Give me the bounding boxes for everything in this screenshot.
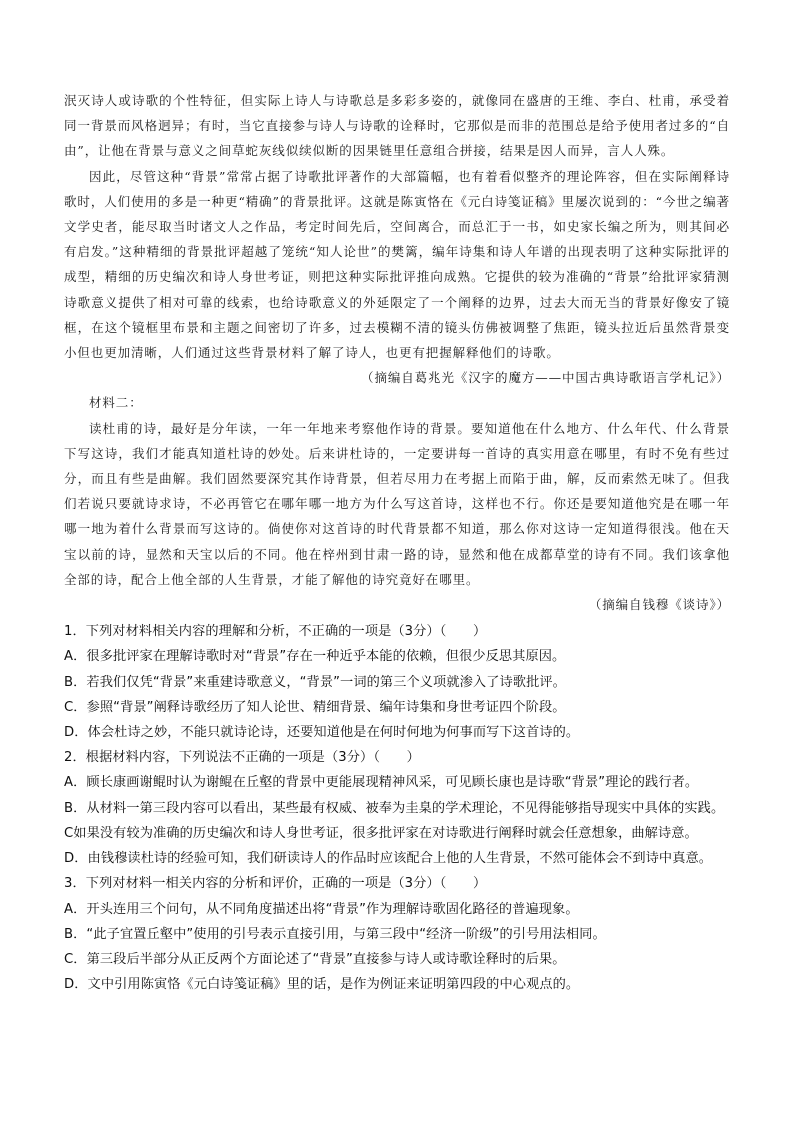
option-b: B．“此子宜置丘壑中”使用的引号表示直接引用，与第三段中“经济一阶级”的引号用法… <box>64 922 730 947</box>
option-d: D．文中引用陈寅恪《元白诗笺证稿》里的话，是作为例证来证明第四段的中心观点的。 <box>64 972 730 997</box>
material-two-paragraph: 读杜甫的诗，最好是分年读，一年一年地来考察他作诗的背景。要知道他在什么地方、什么… <box>64 416 730 592</box>
option-c: C．参照“背景”阐释诗歌经历了知人论世、精细背景、编年诗集和身世考证四个阶段。 <box>64 695 730 720</box>
option-b: B．若我们仅凭“背景”来重建诗歌意义，“背景”一词的第三个义项就渗入了诗歌批评。 <box>64 670 730 695</box>
material-one-paragraph-four: 因此，尽管这种“背景”常常占据了诗歌批评著作的大部篇幅，也有着看似整齐的理论阵容… <box>64 164 730 366</box>
option-a: A．开头连用三个问句，从不同角度描述出将“背景”作为理解诗歌固化路径的普遍现象。 <box>64 897 730 922</box>
question-3: 3．下列对材料一相关内容的分析和评价，正确的一项是（3分）（ ） A．开头连用三… <box>64 871 730 997</box>
material-two-heading: 材料二： <box>64 390 730 415</box>
option-a: A．顾长康画谢鲲时认为谢鲲在丘壑的背景中更能展现精神风采，可见顾长康也是诗歌“背… <box>64 770 774 795</box>
question-stem: 3．下列对材料一相关内容的分析和评价，正确的一项是（3分）（ ） <box>64 871 730 896</box>
option-c: C．第三段后半部分从正反两个方面论述了“背景”直接参与诗人或诗歌诠释时的后果。 <box>64 947 730 972</box>
option-d: D．由钱穆读杜诗的经验可知，我们研读诗人的作品时应该配合上他的人生背景，不然可能… <box>64 846 774 871</box>
material-two-source-citation: （摘编自钱穆《谈诗》） <box>64 592 730 617</box>
option-b: B．从材料一第三段内容可以看出，某些最有权威、被奉为圭臬的学术理论，不见得能够指… <box>64 796 730 821</box>
option-a: A．很多批评家在理解诗歌时对“背景”存在一种近乎本能的依赖，但很少反思其原因。 <box>64 644 730 669</box>
question-1: 1．下列对材料相关内容的理解和分析，不正确的一项是（3分）（ ） A．很多批评家… <box>64 619 730 745</box>
option-c: C如果没有较为准确的历史编次和诗人身世考证，很多批评家在对诗歌进行阐释时就会任意… <box>64 821 774 846</box>
question-2: 2．根据材料内容，下列说法不正确的一项是（3分）（ ） A．顾长康画谢鲲时认为谢… <box>64 745 730 871</box>
option-d: D．体会杜诗之妙，不能只就诗论诗，还要知道他是在何时何地为何事而写下这首诗的。 <box>64 720 730 745</box>
material-one-paragraph-continued: 泯灭诗人或诗歌的个性特征，但实际上诗人与诗歌总是多彩多姿的，就像同在盛唐的王维、… <box>64 88 730 164</box>
material-one: 泯灭诗人或诗歌的个性特征，但实际上诗人与诗歌总是多彩多姿的，就像同在盛唐的王维、… <box>64 88 730 390</box>
material-one-source-citation: （摘编自葛兆光《汉字的魔方——中国古典诗歌语言学札记》） <box>64 365 730 390</box>
question-stem: 1．下列对材料相关内容的理解和分析，不正确的一项是（3分）（ ） <box>64 619 730 644</box>
question-section: 1．下列对材料相关内容的理解和分析，不正确的一项是（3分）（ ） A．很多批评家… <box>64 619 730 997</box>
exam-page: 泯灭诗人或诗歌的个性特征，但实际上诗人与诗歌总是多彩多姿的，就像同在盛唐的王维、… <box>64 88 730 997</box>
question-stem: 2．根据材料内容，下列说法不正确的一项是（3分）（ ） <box>64 745 730 770</box>
material-two: 材料二： 读杜甫的诗，最好是分年读，一年一年地来考察他作诗的背景。要知道他在什么… <box>64 390 730 617</box>
